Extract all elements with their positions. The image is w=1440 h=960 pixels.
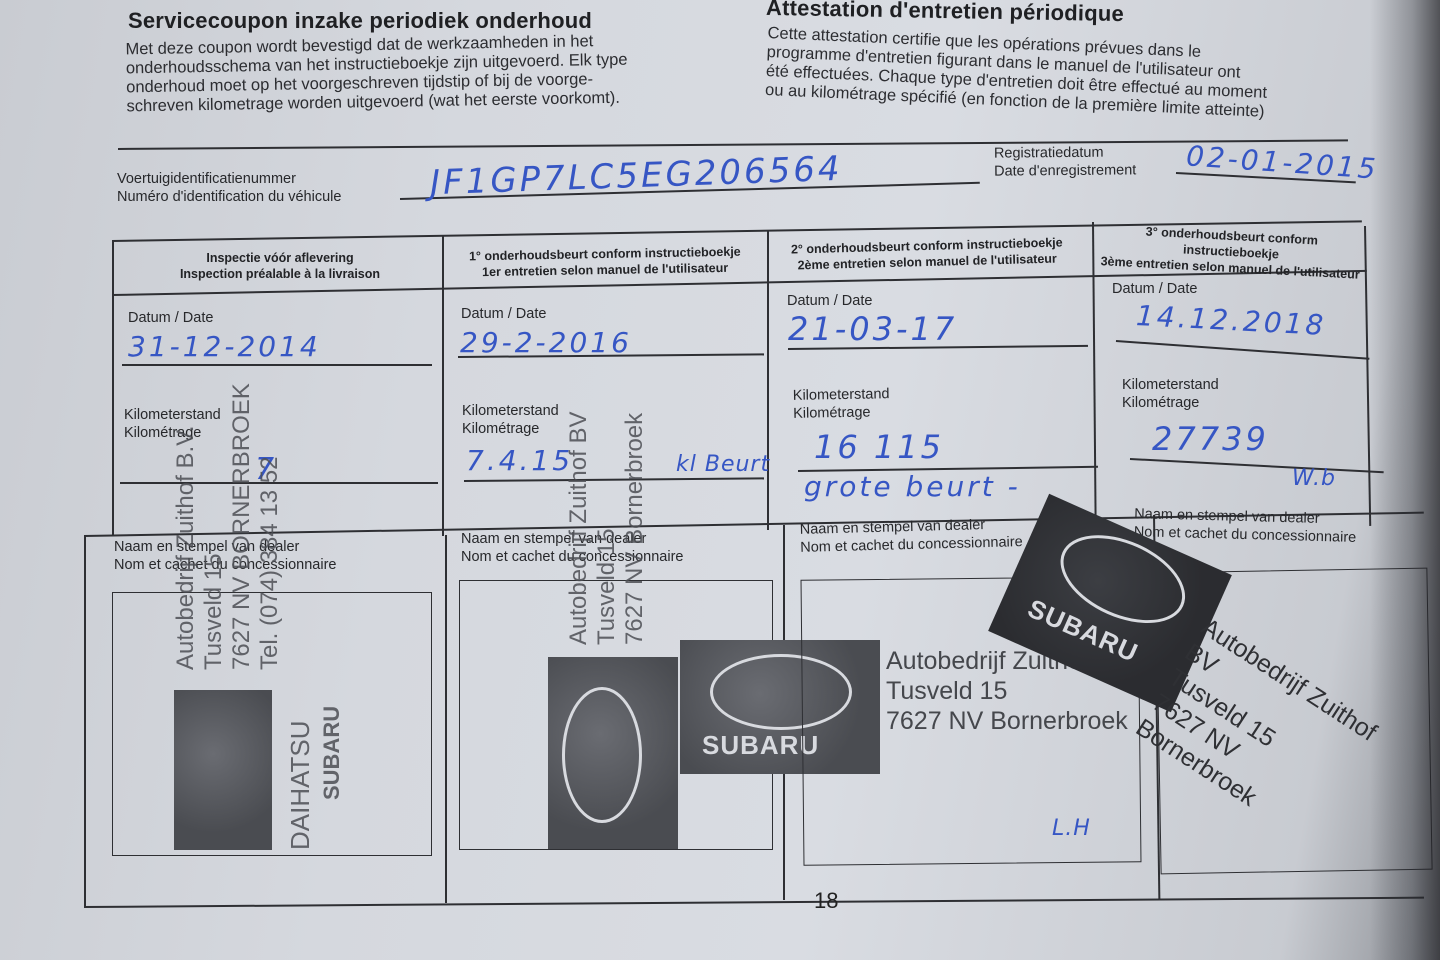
- col-border: [445, 535, 447, 903]
- col3-header: 2° onderhoudsbeurt conform instructieboe…: [772, 234, 1083, 274]
- service-coupon-page: Servicecoupon inzake periodiek onderhoud…: [0, 0, 1440, 960]
- col3-date: 21-03-17: [788, 310, 957, 348]
- page-number: 18: [814, 888, 838, 914]
- col1-date-label: Datum / Date: [128, 309, 213, 327]
- col3-note: grote beurt -: [804, 470, 1021, 503]
- col4-note: W.b: [1292, 466, 1336, 491]
- col1-brand: DAIHATSU: [285, 720, 315, 850]
- col1-stamp: Autobedrijf Zuithof B.V. Tusveld 15 7627…: [172, 383, 284, 670]
- col2-date-label: Datum / Date: [461, 305, 546, 323]
- col4-km-line: [1130, 458, 1384, 473]
- col2-km: 7.4.15: [466, 444, 573, 477]
- col2-header: 1° onderhoudsbeurt conform instructieboe…: [450, 243, 761, 280]
- col-border: [112, 240, 114, 535]
- col3-km: 16 115: [814, 428, 944, 466]
- col2-km-label: Kilometerstand Kilométrage: [462, 402, 559, 438]
- col1-brand-2: SUBARU: [318, 706, 346, 800]
- col1-date-line: [122, 364, 432, 366]
- table-bottom: [84, 897, 1424, 908]
- col4-date: 14.12.2018: [1135, 299, 1327, 342]
- daihatsu-logo: [174, 690, 272, 850]
- nl-title: Servicecoupon inzake periodiek onderhoud: [128, 8, 592, 34]
- col3-date-label: Datum / Date: [787, 292, 872, 310]
- vin-value: JF1GP7LC5EG206564: [429, 149, 843, 203]
- col-border: [442, 236, 444, 536]
- subaru-oval-icon: [562, 687, 642, 823]
- divider: [118, 139, 1348, 149]
- fr-intro-text: Cette attestation certifie que les opéra…: [765, 24, 1269, 122]
- col3-km-label: Kilometerstand Kilométrage: [793, 385, 890, 423]
- reg-label: Registratiedatum Date d'enregistrement: [994, 143, 1137, 180]
- page-edge-shadow: [1370, 0, 1440, 960]
- col4-date-line: [1116, 340, 1369, 359]
- nl-intro-text: Met deze coupon wordt bevestigd dat de w…: [125, 32, 628, 117]
- col1-header: Inspectie vóór aflevering Inspection pré…: [140, 250, 420, 282]
- col-border: [767, 230, 769, 530]
- col4-km-label: Kilometerstand Kilométrage: [1122, 376, 1219, 412]
- subaru-logo: [548, 657, 678, 849]
- col4-dealer-label: Naam en stempel van dealer Nom et cachet…: [1134, 505, 1357, 547]
- col1-date: 31-12-2014: [128, 330, 321, 363]
- col-border: [84, 535, 86, 907]
- col4-date-label: Datum / Date: [1112, 280, 1197, 298]
- col2-note: kl Beurt: [676, 452, 770, 477]
- vin-label: Voertuigidentificatienummer Numéro d'ide…: [117, 170, 341, 206]
- col3-dealer-label: Naam en stempel van dealer Nom et cachet…: [800, 515, 1023, 557]
- col4-km: 27739: [1152, 420, 1269, 458]
- col3-initials: L.H: [1052, 816, 1091, 841]
- col2-stamp: Autobedrijf Zuithof BV Tusveld 15 7627 N…: [565, 412, 649, 645]
- fr-title: Attestation d'entretien périodique: [766, 0, 1124, 27]
- reg-value: 02-01-2015: [1185, 139, 1380, 185]
